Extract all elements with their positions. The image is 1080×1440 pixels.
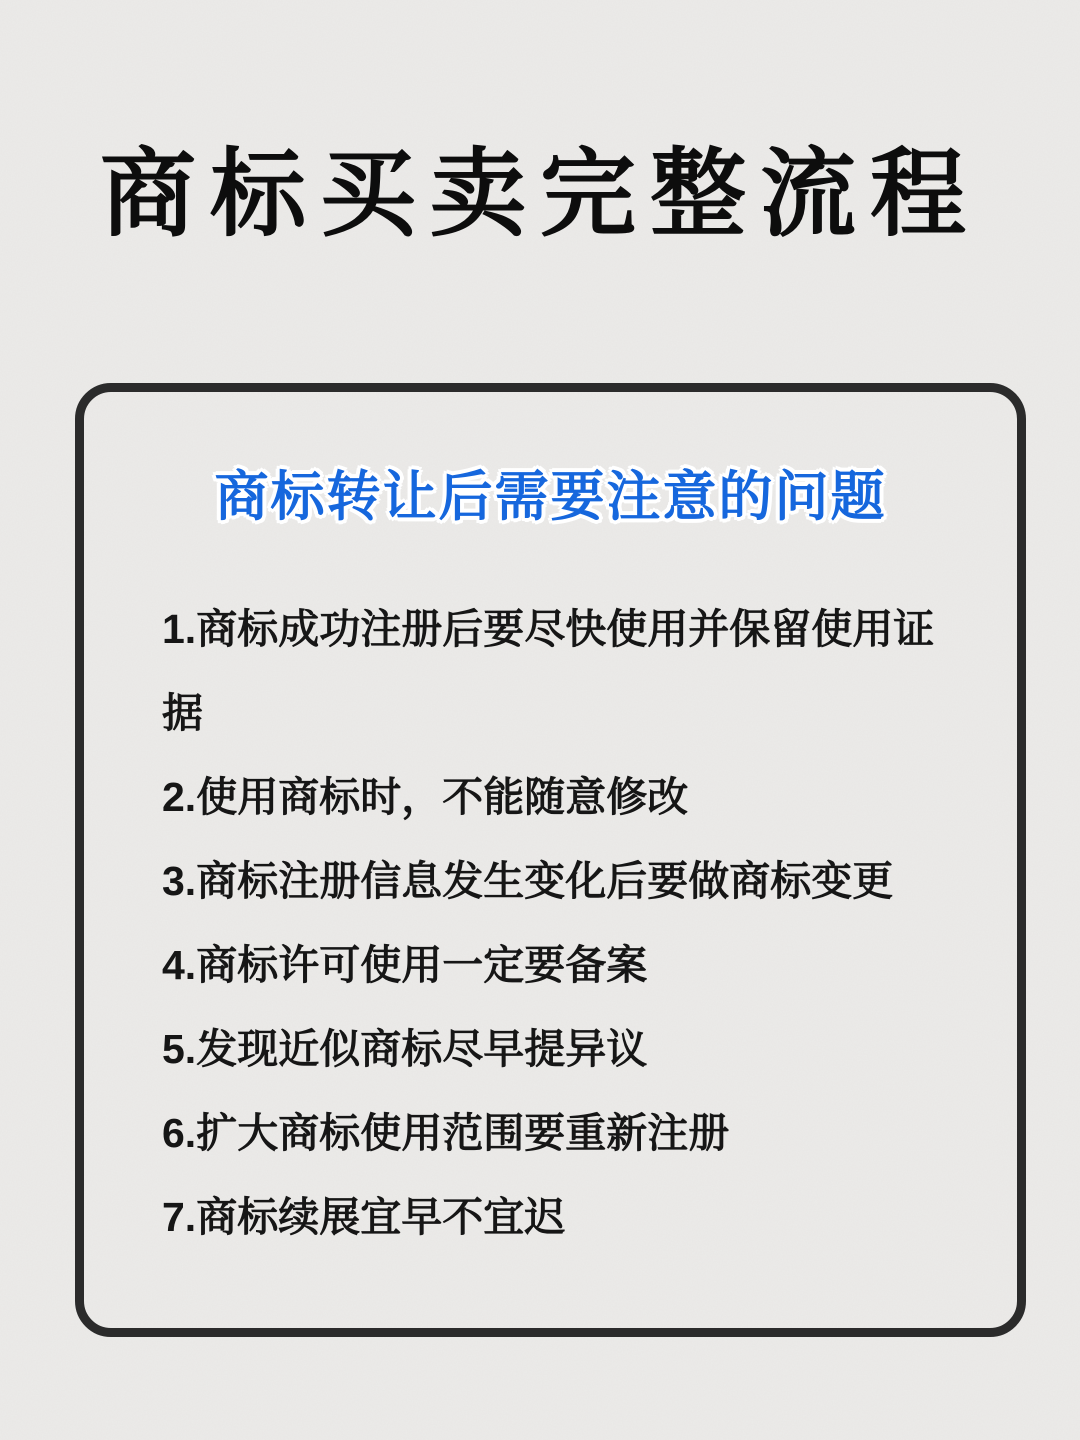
card-heading: 商标转让后需要注意的问题	[84, 454, 1017, 531]
content-card: 商标转让后需要注意的问题 1.商标成功注册后要尽快使用并保留使用证据2.使用商标…	[75, 383, 1026, 1337]
page-title: 商标买卖完整流程	[0, 118, 1080, 255]
note-item-2: 2.使用商标时，不能随意修改	[162, 755, 969, 839]
note-item-5: 5.发现近似商标尽早提异议	[162, 1007, 969, 1091]
note-item-4: 4.商标许可使用一定要备案	[162, 923, 969, 1007]
note-item-7: 7.商标续展宜早不宜迟	[162, 1175, 969, 1259]
note-item-1: 1.商标成功注册后要尽快使用并保留使用证据	[162, 587, 969, 755]
infographic-page: { "page": { "title": "商标买卖完整流程", "card":…	[0, 0, 1080, 1440]
note-item-6: 6.扩大商标使用范围要重新注册	[162, 1091, 969, 1175]
notes-list: 1.商标成功注册后要尽快使用并保留使用证据2.使用商标时，不能随意修改3.商标注…	[162, 587, 969, 1259]
note-item-3: 3.商标注册信息发生变化后要做商标变更	[162, 839, 969, 923]
